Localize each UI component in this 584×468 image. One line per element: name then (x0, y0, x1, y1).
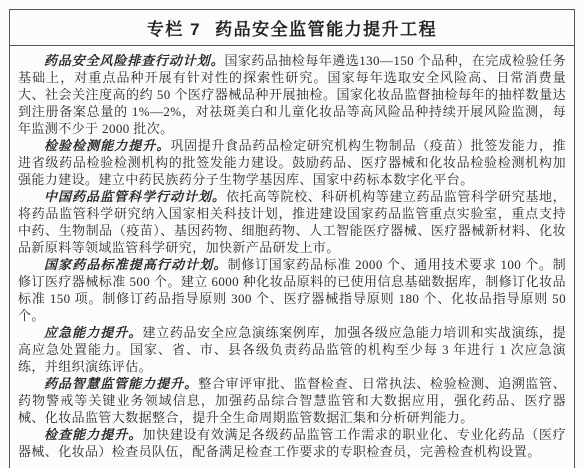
paragraph-lead: 应急能力提升。 (44, 325, 143, 340)
column-title-bar: 专栏 7 药品安全监管能力提升工程 (10, 10, 574, 46)
document-page: 专栏 7 药品安全监管能力提升工程 药品安全风险排查行动计划。国家药品抽检每年遴… (0, 0, 584, 468)
paragraph-emergency-capability: 应急能力提升。建立药品安全应急演练案例库，加强各级应急能力培训和实战演练，提高应… (18, 324, 566, 375)
paragraph-smart-supervision: 药品智慧监管能力提升。整合审评审批、监督检查、日常执法、检验检测、追溯监管、药物… (18, 375, 566, 426)
paragraph-inspection-testing: 检验检测能力提升。巩固提升食品药品检定研究机构生物制品（疫苗）批签发能力，推进省… (18, 137, 566, 188)
paragraph-standards-improvement: 国家药品标准提高行动计划。制修订国家药品标准 2000 个、通用技术要求 100… (18, 256, 566, 324)
paragraph-risk-screening: 药品安全风险排查行动计划。国家药品抽检每年遴选130—150 个品种，在完成检验… (18, 52, 566, 137)
column-body: 药品安全风险排查行动计划。国家药品抽检每年遴选130—150 个品种，在完成检验… (10, 46, 574, 468)
paragraph-inspector-capability: 检查能力提升。加快建设有效满足各级药品监管工作需求的职业化、专业化药品（医疗器械… (18, 426, 566, 460)
column-title: 药品安全监管能力提升工程 (215, 15, 437, 40)
paragraph-lead: 国家药品标准提高行动计划。 (44, 257, 228, 272)
paragraph-regulatory-science: 中国药品监管科学行动计划。依托高等院校、科研机构等建立药品监管科学研究基地，将药… (18, 188, 566, 256)
column-number: 专栏 7 (147, 15, 201, 40)
paragraph-lead: 检验检测能力提升。 (44, 138, 170, 153)
column-box: 专栏 7 药品安全监管能力提升工程 药品安全风险排查行动计划。国家药品抽检每年遴… (9, 9, 575, 468)
paragraph-lead: 药品智慧监管能力提升。 (44, 376, 198, 391)
paragraph-lead: 药品安全风险排查行动计划。 (44, 53, 224, 68)
paragraph-lead: 检查能力提升。 (44, 427, 143, 442)
paragraph-lead: 中国药品监管科学行动计划。 (44, 189, 226, 204)
